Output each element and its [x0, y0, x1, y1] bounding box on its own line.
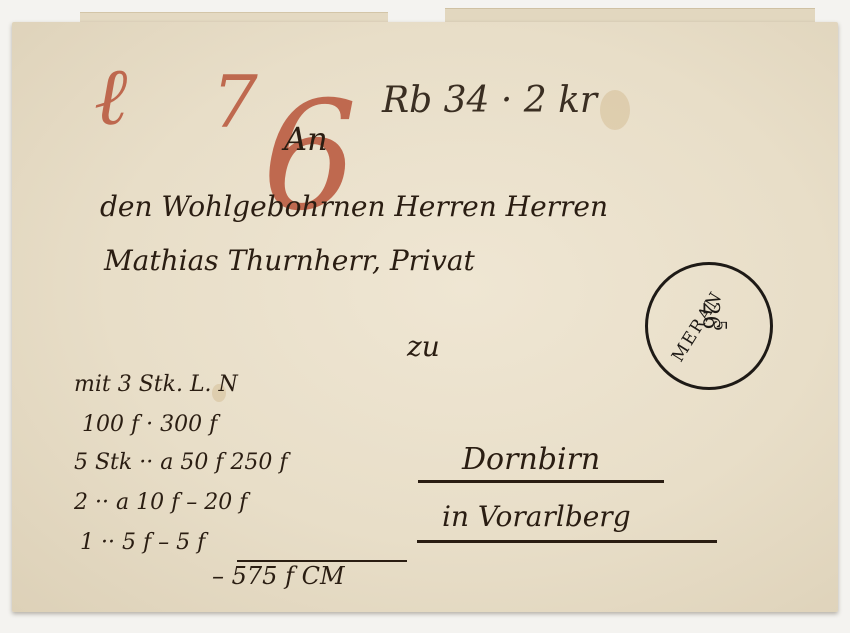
ledger-line: 5 Stk ·· a 50 f 250 f — [74, 450, 288, 475]
underline — [418, 480, 664, 483]
postmark-month: 5 — [709, 320, 730, 331]
salutation: An — [284, 120, 328, 158]
address-line-1: den Wohlgebohrnen Herren Herren — [100, 190, 608, 223]
rate-annotation: Rb 34 · 2 kr — [382, 80, 597, 121]
underline — [417, 540, 717, 543]
folded-letter: ℓ 7 6 Rb 34 · 2 kr An den Wohlgebohrnen … — [12, 22, 838, 612]
address-line-2: Mathias Thurnherr, Privat — [104, 244, 475, 277]
ledger-line: mit 3 Stk. L. N — [74, 372, 238, 397]
ledger-line: 1 ·· 5 f – 5 f — [80, 530, 205, 555]
destination-region: in Vorarlberg — [442, 500, 631, 533]
red-crayon-mark: 7 — [212, 60, 258, 144]
paper-stain — [600, 90, 630, 130]
red-crayon-mark: ℓ — [94, 50, 127, 144]
meran-postmark: MERAN 26 5 — [645, 262, 773, 390]
preposition: zu — [407, 330, 440, 363]
destination-town: Dornbirn — [462, 442, 600, 477]
ledger-line: 100 f · 300 f — [82, 412, 217, 437]
ledger-line: 2 ·· a 10 f – 20 f — [74, 490, 247, 515]
ledger-total: – 575 f CM — [212, 562, 345, 590]
